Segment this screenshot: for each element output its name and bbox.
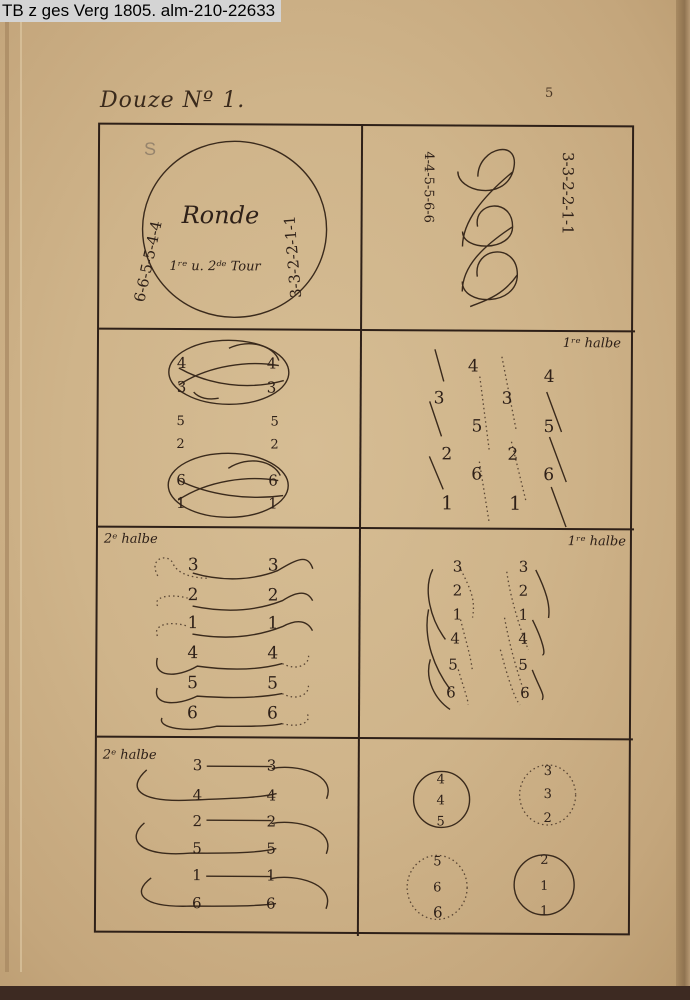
num: 6 (266, 894, 276, 912)
num: 2 (543, 811, 551, 826)
page-gutter-shadow (5, 22, 9, 972)
columns-diagram: 3 2 1 4 5 6 3 2 1 4 5 6 (360, 529, 634, 740)
num: 5 (177, 414, 185, 429)
num: 3 (434, 388, 445, 408)
circles-diagram: 4 4 5 3 3 2 5 6 6 2 1 1 (359, 739, 633, 937)
num: 1 (266, 866, 276, 884)
num: 2 (192, 812, 202, 830)
ellipses-diagram: 4 3 4 3 5 2 5 2 6 1 6 1 (98, 330, 362, 529)
loops-left-sequence: 4-4-5-5-6-6 (421, 151, 436, 223)
figure-ellipses: 4 3 4 3 5 2 5 2 6 1 6 1 (98, 330, 362, 529)
num: 2 (270, 438, 278, 453)
num: 4 (267, 786, 277, 804)
figure-circles: 4 4 5 3 3 2 5 6 6 2 1 1 (359, 739, 633, 937)
num: 1 (441, 492, 453, 514)
num: 3 (502, 389, 513, 409)
ronde-right-sequence: 3-3-2-2-1-1 (280, 215, 305, 299)
num: 1 (453, 605, 463, 623)
num: 3 (267, 756, 277, 774)
num: 2 (441, 444, 452, 464)
ronde-subtitle: 1ʳᵉ u. 2ᵈᵉ Tour (169, 259, 261, 274)
num: 5 (436, 814, 444, 829)
num: 2 (266, 812, 276, 830)
num: 2 (519, 582, 529, 600)
num: 1 (540, 879, 548, 894)
loops-right-sequence: 3-3-2-2-1-1 (559, 152, 577, 235)
num: 6 (520, 684, 530, 702)
figure-grid: Ronde 1ʳᵉ u. 2ᵈᵉ Tour 6-6-5-5-4-4 3-3-2-… (94, 123, 634, 936)
num: 4 (267, 643, 278, 663)
num: 4 (544, 367, 555, 387)
num: 6 (267, 703, 278, 723)
num: 6 (433, 880, 441, 895)
num: 6 (268, 471, 278, 489)
page-heading: Douze Nº 1. (100, 88, 245, 113)
num: 5 (271, 415, 279, 430)
num: 2 (176, 437, 184, 452)
num: 6 (471, 465, 482, 485)
num: 2 (453, 581, 463, 599)
page-number: 5 (545, 86, 553, 101)
num: 1 (509, 493, 521, 515)
num: 5 (266, 839, 276, 857)
num: 6 (176, 471, 186, 489)
num: 4 (193, 786, 203, 804)
scanned-page: TB z ges Verg 1805. alm-210-22633 Douze … (0, 0, 690, 1000)
num: 4 (187, 643, 198, 663)
num: 3 (267, 378, 277, 396)
num: 3 (177, 378, 187, 396)
num: 6 (446, 683, 456, 701)
figure-ronde: Ronde 1ʳᵉ u. 2ᵈᵉ Tour 6-6-5-5-4-4 3-3-2-… (99, 125, 363, 331)
figure-first-half-columns: 1ʳᵉ halbe 3 2 1 4 5 6 3 2 1 4 5 6 (360, 529, 634, 740)
num: 6 (543, 465, 554, 485)
num: 4 (468, 357, 479, 377)
num: 1 (176, 494, 186, 512)
figure-second-half-pairs: 2ᵉ halbe 3 3 4 4 2 2 5 5 1 1 6 6 (96, 738, 360, 936)
rows-diagram: 3 3 2 2 1 1 4 4 5 5 6 6 (97, 528, 361, 739)
num: 4 (518, 630, 528, 648)
num: 3 (519, 558, 529, 576)
num: 2 (507, 445, 518, 465)
figure-second-half-rows: 2ᵉ halbe 3 3 2 (97, 528, 361, 739)
num: 5 (448, 655, 458, 673)
num: 5 (471, 417, 482, 437)
num: 3 (544, 787, 552, 802)
num: 5 (433, 854, 441, 869)
num: 4 (177, 354, 187, 372)
num: 3 (544, 764, 552, 779)
num: 6 (433, 903, 443, 921)
num: 6 (192, 894, 202, 912)
num: 3 (453, 557, 463, 575)
num: 4 (437, 772, 445, 787)
ronde-left-sequence: 6-6-5-5-4-4 (131, 219, 166, 304)
num: 1 (267, 613, 278, 633)
page-gutter-highlight (20, 22, 22, 972)
num: 1 (187, 613, 198, 633)
figure-first-half-diagonal: 1ʳᵉ halbe 3 2 1 4 5 6 3 2 1 4 5 6 (361, 331, 635, 530)
num: 6 (187, 703, 198, 723)
num: 1 (268, 494, 278, 512)
num: 2 (540, 853, 548, 868)
num: 4 (267, 354, 277, 372)
num: 1 (519, 606, 529, 624)
num: 5 (518, 656, 528, 674)
pairs-diagram: 3 3 4 4 2 2 5 5 1 1 6 6 (96, 738, 360, 936)
image-caption: TB z ges Verg 1805. alm-210-22633 (0, 0, 281, 22)
num: 2 (268, 585, 279, 605)
num: 4 (450, 629, 460, 647)
num: 5 (267, 673, 278, 693)
page-bottom-edge (0, 986, 690, 1000)
num: 3 (193, 756, 203, 774)
num: 1 (192, 866, 202, 884)
figure-loops: 4-4-5-5-6-6 3-3-2-2-1-1 (362, 126, 636, 332)
num: 3 (188, 555, 199, 575)
loops-diagram: 4-4-5-5-6-6 3-3-2-2-1-1 (362, 126, 636, 332)
ronde-circle-diagram: Ronde 1ʳᵉ u. 2ᵈᵉ Tour 6-6-5-5-4-4 3-3-2-… (99, 125, 363, 331)
num: 4 (437, 793, 445, 808)
ronde-title: Ronde (181, 201, 260, 229)
num: 3 (268, 555, 279, 575)
num: 2 (188, 585, 199, 605)
diagonal-diagram: 3 2 1 4 5 6 3 2 1 4 5 6 (361, 331, 635, 530)
num: 1 (540, 904, 548, 919)
num: 5 (192, 839, 202, 857)
row-dotted-left (154, 558, 313, 730)
num: 5 (187, 673, 198, 693)
corner-mark: S (144, 139, 156, 160)
page-right-edge (676, 0, 690, 1000)
num: 5 (543, 417, 554, 437)
